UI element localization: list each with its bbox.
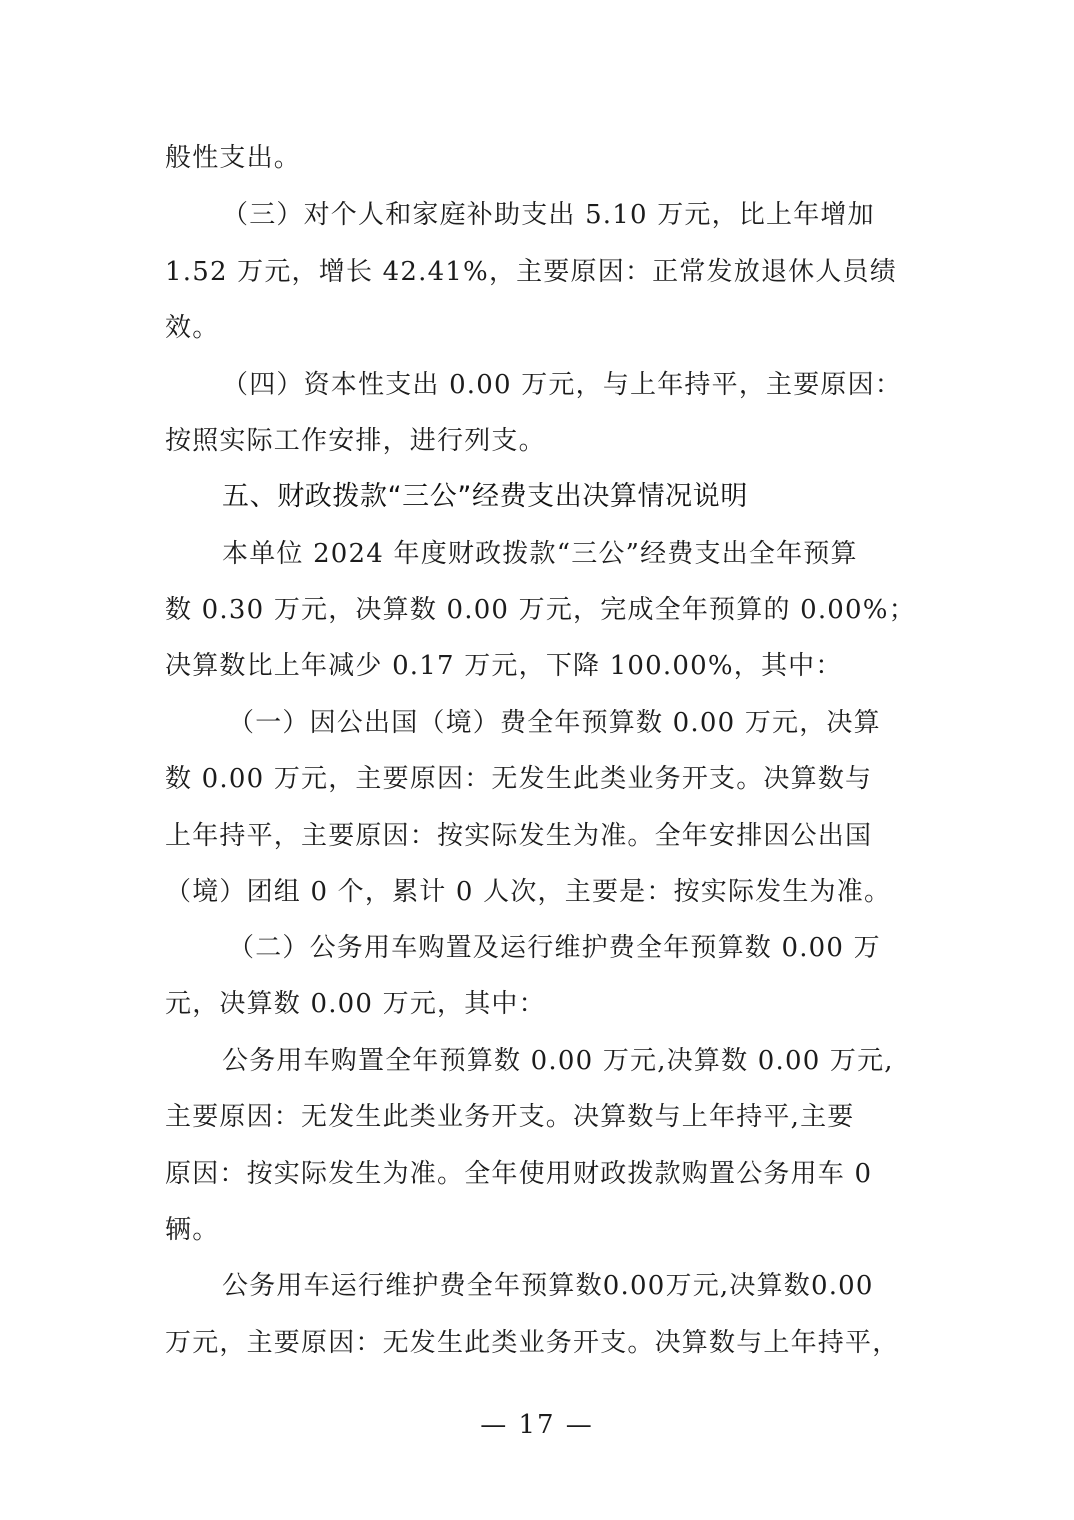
paragraph-line: 般性支出。 bbox=[165, 141, 301, 175]
paragraph-line: 公务用车运行维护费全年预算数0.00万元,决算数0.00 bbox=[222, 1269, 874, 1303]
paragraph-line: （二）公务用车购置及运行维护费全年预算数 0.00 万 bbox=[228, 931, 881, 965]
page-number: — 17 — bbox=[0, 1408, 1074, 1442]
paragraph-line: 效。 bbox=[165, 311, 219, 345]
paragraph-line: （一）因公出国（境）费全年预算数 0.00 万元，决算 bbox=[228, 706, 881, 740]
paragraph-line: （境）团组 0 个，累计 0 人次，主要是：按实际发生为准。 bbox=[165, 875, 891, 909]
paragraph-line: 上年持平，主要原因：按实际发生为准。全年安排因公出国 bbox=[165, 819, 872, 853]
section-heading: 五、财政拨款“三公”经费支出决算情况说明 bbox=[222, 480, 748, 514]
document-page: 般性支出。 （三）对个人和家庭补助支出 5.10 万元，比上年增加 1.52 万… bbox=[0, 0, 1074, 1520]
paragraph-line: 决算数比上年减少 0.17 万元，下降 100.00%，其中： bbox=[165, 649, 843, 683]
paragraph-line: 1.52 万元，增长 42.41%，主要原因：正常发放退休人员绩 bbox=[165, 255, 897, 289]
paragraph-line: 公务用车购置全年预算数 0.00 万元,决算数 0.00 万元, bbox=[222, 1044, 894, 1078]
paragraph-line: 本单位 2024 年度财政拨款“三公”经费支出全年预算 bbox=[222, 537, 858, 571]
paragraph-line: 数 0.00 万元，主要原因：无发生此类业务开支。决算数与 bbox=[165, 762, 872, 796]
paragraph-line: 按照实际工作安排，进行列支。 bbox=[165, 424, 546, 458]
paragraph-line: 辆。 bbox=[165, 1213, 219, 1247]
paragraph-line: （三）对个人和家庭补助支出 5.10 万元，比上年增加 bbox=[222, 198, 875, 232]
paragraph-line: 数 0.30 万元，决算数 0.00 万元，完成全年预算的 0.00%； bbox=[165, 593, 916, 627]
paragraph-line: 元，决算数 0.00 万元，其中： bbox=[165, 987, 546, 1021]
paragraph-line: 主要原因：无发生此类业务开支。决算数与上年持平,主要 bbox=[165, 1100, 854, 1134]
paragraph-line: 万元，主要原因：无发生此类业务开支。决算数与上年持平， bbox=[165, 1326, 899, 1360]
paragraph-line: 原因：按实际发生为准。全年使用财政拨款购置公务用车 0 bbox=[165, 1157, 872, 1191]
paragraph-line: （四）资本性支出 0.00 万元，与上年持平，主要原因： bbox=[222, 368, 902, 402]
